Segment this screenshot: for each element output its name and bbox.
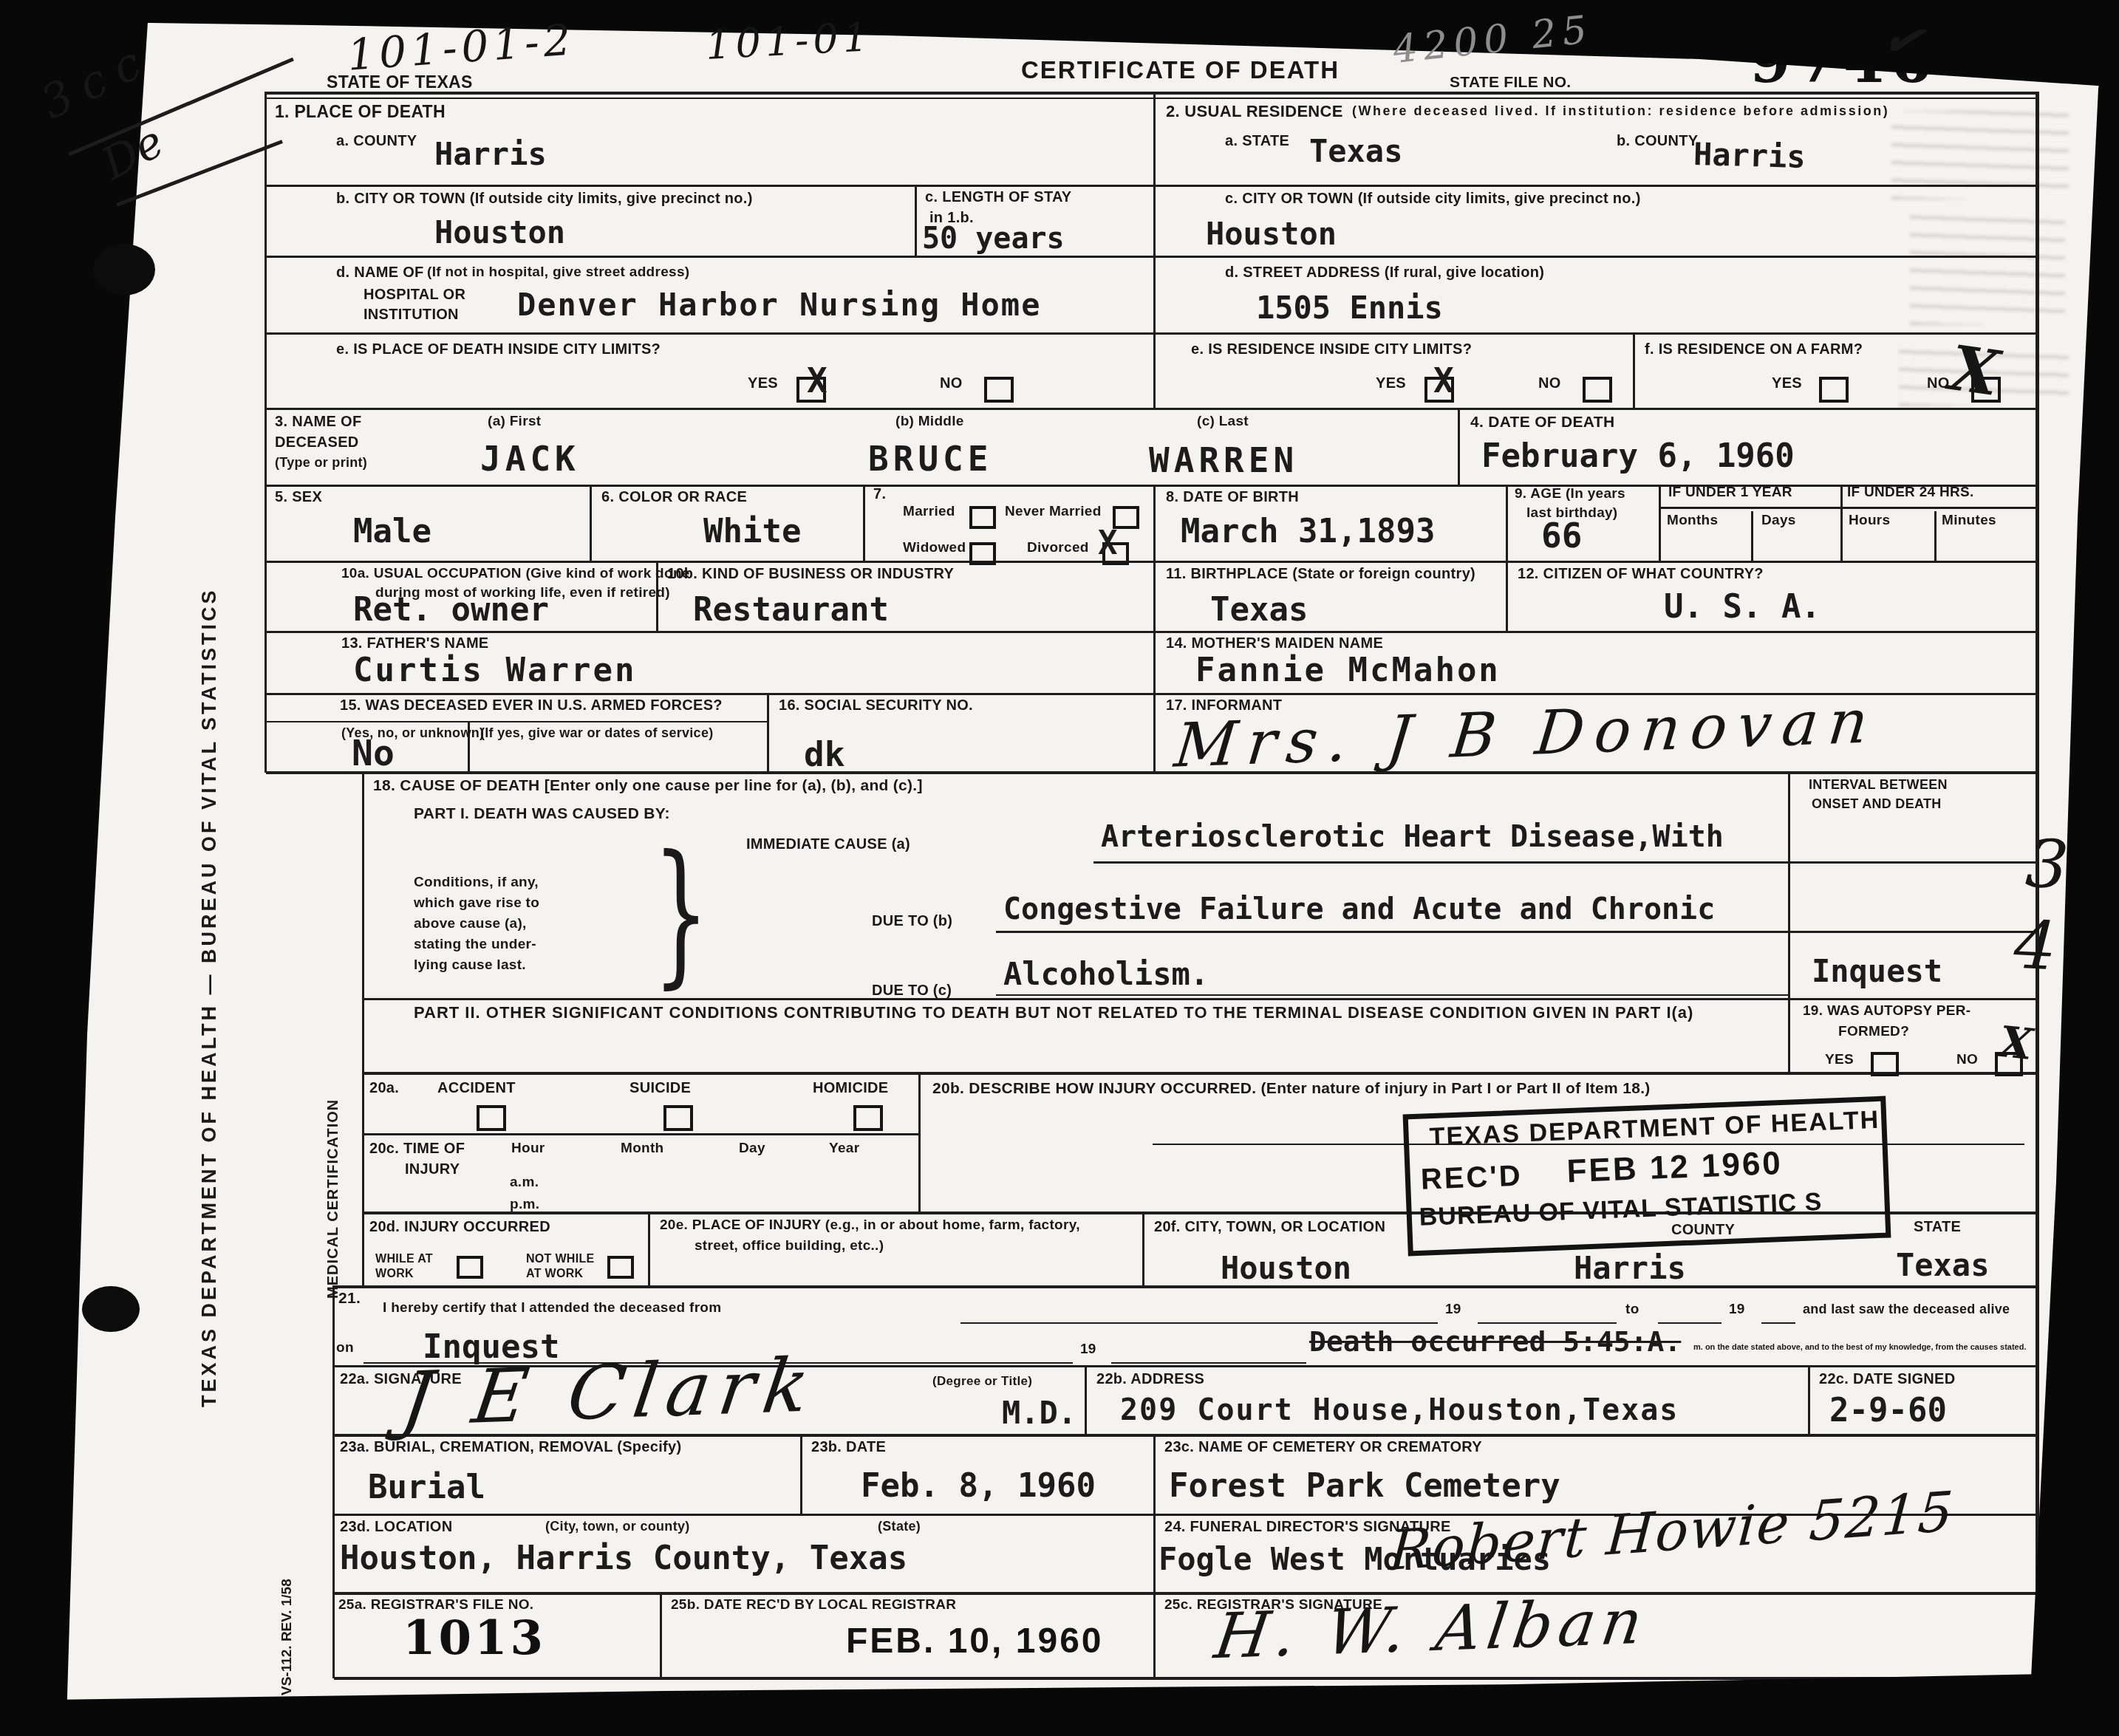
form-grid-line <box>996 994 1789 996</box>
res-street-label: d. STREET ADDRESS (If rural, give locati… <box>1225 264 1544 281</box>
interval-label2: ONSET AND DEATH <box>1812 796 1942 812</box>
injury-state-value: Texas <box>1896 1247 1989 1283</box>
handwritten-code-left: 101-01-2 <box>346 14 577 80</box>
form-grid-line <box>364 998 2037 1000</box>
form-grid-line <box>266 721 768 722</box>
dob-label: 8. DATE OF BIRTH <box>1166 489 1299 506</box>
suicide-label: SUICIDE <box>629 1080 691 1097</box>
date-of-death-value: February 6, 1960 <box>1481 437 1795 475</box>
res-yes-mark: X <box>1433 360 1454 400</box>
residence-label-paren: (Where deceased lived. If institution: r… <box>1352 103 1889 119</box>
cemetery-label: 23c. NAME OF CEMETERY OR CREMATORY <box>1164 1439 1482 1456</box>
year-label: Year <box>829 1141 859 1157</box>
pod-yes-mark: X <box>807 360 828 400</box>
form-grid-line <box>1153 1434 1156 1515</box>
pod-no-checkbox[interactable] <box>984 377 1014 403</box>
registrar-date-label: 25b. DATE REC'D BY LOCAL REGISTRAR <box>671 1597 956 1613</box>
widowed-label: Widowed <box>903 540 966 556</box>
homicide-checkbox[interactable] <box>853 1105 883 1131</box>
label-20c1: 20c. TIME OF <box>369 1141 465 1158</box>
conditions-note-3: above cause (a), <box>414 916 527 932</box>
form-grid-line <box>996 931 2037 933</box>
form-grid-line <box>266 185 2039 187</box>
widowed-checkbox[interactable] <box>969 542 996 565</box>
label-20a: 20a. <box>369 1080 399 1097</box>
physician-signature: J E Clark <box>397 1342 823 1443</box>
injury-county-value: Harris <box>1574 1250 1686 1286</box>
res-limits-label: e. IS RESIDENCE INSIDE CITY LIMITS? <box>1191 341 1472 358</box>
immediate-cause-value: Arteriosclerotic Heart Disease,With <box>1101 820 1724 854</box>
industry-value: Restaurant <box>693 591 889 629</box>
industry-label: 10b. KIND OF BUSINESS OR INDUSTRY <box>667 566 954 583</box>
facility-label: d. NAME OF <box>336 264 424 281</box>
pod-county-label: a. COUNTY <box>336 133 417 150</box>
form-grid-line <box>362 771 364 1287</box>
last-name-value: WARREN <box>1149 440 1298 480</box>
form-grid-line <box>960 1322 1438 1324</box>
minutes-label: Minutes <box>1942 513 1996 529</box>
facility-label3: INSTITUTION <box>364 307 459 324</box>
due-to-c-label: DUE TO (c) <box>872 983 952 999</box>
form-grid-line <box>266 408 2039 410</box>
certificate-title: CERTIFICATE OF DEATH <box>1021 56 1340 84</box>
never-married-label: Never Married <box>1005 504 1102 520</box>
burial-date-label: 23b. DATE <box>811 1439 886 1456</box>
left-margin-vertical-text: TEXAS DEPARTMENT OF HEALTH — BUREAU OF V… <box>198 129 221 1407</box>
accident-label: ACCIDENT <box>437 1080 516 1097</box>
brace-glyph: } <box>653 824 709 1004</box>
certify-tail1: and last saw the deceased alive <box>1803 1302 2010 1317</box>
day-label: Day <box>739 1141 765 1157</box>
form-grid-line <box>800 1434 802 1515</box>
address-label: 22b. ADDRESS <box>1096 1371 1204 1388</box>
pod-city-label: b. CITY OR TOWN (If outside city limits,… <box>336 191 753 208</box>
autopsy-no-label: NO <box>1956 1052 1978 1068</box>
occupation-value: Ret. owner <box>353 591 549 629</box>
days-label: Days <box>1761 513 1796 529</box>
hour-label: Hour <box>511 1141 545 1157</box>
pod-city-value: Houston <box>434 214 565 250</box>
label-20d: 20d. INJURY OCCURRED <box>369 1219 550 1236</box>
conditions-note-2: which gave rise to <box>414 895 539 912</box>
label-20b: 20b. DESCRIBE HOW INJURY OCCURRED. (Ente… <box>932 1080 1651 1098</box>
location-value: Houston, Harris County, Texas <box>340 1539 907 1577</box>
state-file-no-label: STATE FILE NO. <box>1450 74 1571 92</box>
punch-hole <box>82 1286 140 1332</box>
not-while-label: NOT WHILE <box>526 1253 594 1266</box>
form-grid-line <box>334 1677 2037 1680</box>
suicide-checkbox[interactable] <box>663 1105 693 1131</box>
while-at-label: WHILE AT <box>375 1253 433 1266</box>
pod-yes-label: YES <box>748 375 778 392</box>
part2-label: PART II. OTHER SIGNIFICANT CONDITIONS CO… <box>414 1003 1693 1022</box>
facility-value: Denver Harbor Nursing Home <box>517 287 1041 323</box>
location-sub1: (City, town, or county) <box>545 1519 690 1534</box>
interval-label1: INTERVAL BETWEEN <box>1809 777 1948 793</box>
sex-value: Male <box>353 513 431 550</box>
pod-limits-label: e. IS PLACE OF DEATH INSIDE CITY LIMITS? <box>336 341 661 358</box>
margin-number-3: 3 <box>2023 824 2070 905</box>
ssn-value: dk <box>804 734 844 774</box>
at-work-label: AT WORK <box>526 1268 583 1281</box>
bleed-through <box>1910 214 2065 325</box>
cemetery-value: Forest Park Cemetery <box>1169 1467 1560 1505</box>
res-no-label: NO <box>1538 375 1561 392</box>
form-code-vertical: VS-112. REV. 1/58 <box>279 1474 296 1695</box>
pod-county-value: Harris <box>434 136 547 172</box>
form-grid-line <box>334 1285 2037 1288</box>
race-value: White <box>703 513 801 550</box>
under-24-hrs-label: IF UNDER 24 HRS. <box>1847 485 1974 501</box>
form-grid-line <box>1111 1362 1306 1364</box>
location-sub2: (State) <box>878 1519 921 1534</box>
injury-state-label: STATE <box>1914 1219 1961 1236</box>
pod-no-label: NO <box>940 375 963 392</box>
registrar-file-value: 1013 <box>403 1610 546 1666</box>
margin-number-4: 4 <box>2012 906 2058 986</box>
registrar-signature: H. W. Alban <box>1210 1585 1653 1673</box>
form-grid-line <box>1153 485 1156 773</box>
autopsy-yes-label: YES <box>1825 1052 1854 1068</box>
medical-certification-vertical: MEDICAL CERTIFICATION <box>325 1003 342 1299</box>
farm-label: f. IS RESIDENCE ON A FARM? <box>1645 341 1863 358</box>
form-grid-line <box>1808 1365 1810 1435</box>
label-20e1: 20e. PLACE OF INJURY (e.g., in or about … <box>660 1217 1080 1234</box>
certify-to: to <box>1625 1302 1639 1318</box>
age-value: 66 <box>1541 516 1582 556</box>
form-grid-line <box>1840 485 1843 562</box>
certify-tail2: m. on the date stated above, and to the … <box>1693 1343 2026 1352</box>
months-label: Months <box>1667 513 1718 529</box>
place-of-death-label: 1. PLACE OF DEATH <box>275 102 446 122</box>
date-signed-label: 22c. DATE SIGNED <box>1819 1371 1955 1388</box>
form-grid-line <box>266 98 2039 99</box>
res-state-value: Texas <box>1309 133 1402 169</box>
mother-value: Fannie McMahon <box>1195 652 1501 689</box>
father-label: 13. FATHER'S NAME <box>341 635 489 652</box>
form-grid-line <box>1934 511 1937 562</box>
form-grid-line <box>266 561 2039 563</box>
farm-yes-checkbox[interactable] <box>1819 377 1849 403</box>
form-grid-line <box>1153 1592 1156 1678</box>
form-grid-line <box>364 1072 2037 1075</box>
form-grid-line <box>918 1072 921 1213</box>
married-label: Married <box>903 504 955 520</box>
form-grid-line <box>332 1285 335 1678</box>
death-certificate-scan: 101-01-2 101-01 STATE OF TEXAS CERTIFICA… <box>0 0 2119 1736</box>
certify-19b: 19 <box>1729 1302 1745 1318</box>
form-grid-line <box>266 631 2039 633</box>
degree-value: M.D. <box>1002 1395 1076 1431</box>
ssn-label: 16. SOCIAL SECURITY NO. <box>779 697 973 714</box>
form-grid-line <box>1153 92 1156 409</box>
middle-name-value: BRUCE <box>868 439 992 479</box>
accident-checkbox[interactable] <box>477 1105 506 1131</box>
form-grid-line <box>266 332 2039 335</box>
injury-city-value: Houston <box>1221 1250 1351 1286</box>
form-grid-line <box>1633 332 1635 409</box>
while-at-work-checkbox[interactable] <box>457 1256 483 1279</box>
form-grid-line <box>1506 485 1508 562</box>
work-label: WORK <box>375 1268 414 1281</box>
certify-19c: 19 <box>1080 1342 1096 1358</box>
burial-label: 23a. BURIAL, CREMATION, REMOVAL (Specify… <box>340 1439 681 1456</box>
conditions-note-4: stating the under- <box>414 937 536 953</box>
label-21: 21. <box>338 1290 361 1308</box>
certify-text: I hereby certify that I attended the dec… <box>383 1300 721 1316</box>
res-city-value: Houston <box>1206 216 1337 252</box>
form-grid-line <box>1142 1212 1144 1287</box>
marital-label: 7. <box>873 486 886 503</box>
form-grid-line <box>1085 1365 1087 1435</box>
dob-value: March 31,1893 <box>1181 513 1435 550</box>
form-grid-line <box>660 1592 662 1678</box>
last-name-label: (c) Last <box>1197 414 1249 430</box>
form-grid-line <box>364 1133 920 1135</box>
punch-hole <box>93 244 155 295</box>
homicide-label: HOMICIDE <box>813 1080 888 1097</box>
birthplace-label: 11. BIRTHPLACE (State or foreign country… <box>1166 566 1475 583</box>
form-grid-line <box>266 256 2039 258</box>
form-grid-line <box>590 485 592 562</box>
not-while-at-work-checkbox[interactable] <box>607 1256 634 1279</box>
certify-struck-value: Death occurred 5:45:A. <box>1309 1325 1681 1358</box>
under-1-year-label: IF UNDER 1 YEAR <box>1668 485 1792 501</box>
res-street-value: 1505 Ennis <box>1256 290 1443 326</box>
received-stamp: TEXAS DEPARTMENT OF HEALTH REC'D FEB 12 … <box>1403 1096 1891 1257</box>
cause-of-death-label: 18. CAUSE OF DEATH [Enter only one cause… <box>373 777 923 795</box>
degree-label: (Degree or Title) <box>932 1374 1032 1389</box>
date-signed-value: 2-9-60 <box>1829 1392 1947 1429</box>
form-grid-line <box>1478 1322 1617 1324</box>
form-grid-line <box>1458 408 1460 486</box>
armed-forces-label: 15. WAS DECEASED EVER IN U.S. ARMED FORC… <box>340 697 723 714</box>
immediate-cause-label: IMMEDIATE CAUSE (a) <box>746 836 910 853</box>
res-no-checkbox[interactable] <box>1583 377 1612 403</box>
citizen-label: 12. CITIZEN OF WHAT COUNTRY? <box>1518 566 1764 583</box>
form-grid-line <box>1658 1322 1722 1324</box>
father-value: Curtis Warren <box>353 652 636 689</box>
form-grid-line <box>265 92 267 773</box>
conditions-note-5: lying cause last. <box>414 957 526 974</box>
name-of-deceased-label3: (Type or print) <box>275 455 367 471</box>
form-grid-line <box>648 1212 650 1287</box>
form-grid-line <box>1660 507 2037 509</box>
date-of-death-label: 4. DATE OF DEATH <box>1470 414 1614 431</box>
handwritten-code-mid: 101-01 <box>705 13 874 69</box>
interval-inquest-value: Inquest <box>1812 953 1942 989</box>
form-grid-line <box>863 485 865 562</box>
due-to-b-value: Congestive Failure and Acute and Chronic <box>1003 892 1715 926</box>
facility-label-paren: (If not in hospital, give street address… <box>427 264 689 281</box>
middle-name-label: (b) Middle <box>895 414 964 430</box>
facility-label2: HOSPITAL OR <box>364 287 465 304</box>
month-label: Month <box>621 1141 663 1157</box>
stamp-line1: TEXAS DEPARTMENT OF HEALTH <box>1429 1106 1880 1152</box>
mother-label: 14. MOTHER'S MAIDEN NAME <box>1166 635 1383 652</box>
pm-label: p.m. <box>510 1197 539 1213</box>
age-label1: 9. AGE (In years <box>1515 486 1625 502</box>
res-yes-label: YES <box>1376 375 1406 392</box>
form-grid-line <box>1751 511 1753 562</box>
occupation-label1: 10a. USUAL OCCUPATION (Give kind of work… <box>341 566 690 582</box>
res-city-label: c. CITY OR TOWN (If outside city limits,… <box>1225 191 1641 208</box>
am-label: a.m. <box>510 1175 539 1191</box>
farm-yes-label: YES <box>1772 375 1802 392</box>
corner-note: 3cc <box>33 30 160 129</box>
part1-label: PART I. DEATH WAS CAUSED BY: <box>414 805 670 823</box>
farm-no-mark: X <box>1945 331 2003 410</box>
form-grid-line <box>1153 1514 1156 1593</box>
stamp-line3: BUREAU OF VITAL STATISTIC S <box>1419 1188 1823 1232</box>
autopsy-no-mark: X <box>1997 1016 2036 1070</box>
hours-label: Hours <box>1849 513 1890 529</box>
due-to-b-label: DUE TO (b) <box>872 913 952 930</box>
form-grid-line <box>1659 485 1661 562</box>
certify-on: on <box>336 1340 354 1356</box>
label-20f: 20f. CITY, TOWN, OR LOCATION <box>1154 1219 1385 1236</box>
form-grid-line <box>1506 561 1508 632</box>
registrar-date-value: FEB. 10, 1960 <box>846 1621 1104 1661</box>
birthplace-value: Texas <box>1210 591 1308 629</box>
length-of-stay-value: 50 years <box>922 222 1065 256</box>
divorced-label: Divorced <box>1027 540 1089 556</box>
farm-no-label: NO <box>1927 375 1950 392</box>
sex-label: 5. SEX <box>275 489 322 506</box>
due-to-c-value: Alcoholism. <box>1003 956 1209 992</box>
address-value: 209 Court House,Houston,Texas <box>1120 1393 1679 1427</box>
divorced-mark: X <box>1098 524 1118 562</box>
certify-19a: 19 <box>1445 1302 1461 1318</box>
length-of-stay-label: c. LENGTH OF STAY <box>925 189 1071 206</box>
burial-value: Burial <box>368 1469 485 1506</box>
location-label: 23d. LOCATION <box>340 1519 452 1536</box>
res-state-label: a. STATE <box>1225 133 1289 150</box>
form-grid-line <box>334 1592 2037 1595</box>
citizen-value: U. S. A. <box>1664 588 1821 626</box>
autopsy-label1: 19. WAS AUTOPSY PER- <box>1803 1003 1970 1019</box>
res-county-label: b. COUNTY <box>1617 133 1698 150</box>
form-grid-line <box>1788 771 1790 1073</box>
form-grid-line <box>767 693 769 773</box>
corner-note-2: De <box>93 115 172 190</box>
burial-date-value: Feb. 8, 1960 <box>861 1467 1096 1505</box>
label-20e2: street, office building, etc..) <box>695 1238 884 1254</box>
married-checkbox[interactable] <box>969 506 996 529</box>
form-grid-line <box>1761 1322 1795 1324</box>
armed-forces-sub2: (If yes, give war or dates of service) <box>480 725 714 741</box>
autopsy-yes-checkbox[interactable] <box>1871 1052 1899 1076</box>
autopsy-label2: FORMED? <box>1838 1024 1909 1040</box>
conditions-note-1: Conditions, if any, <box>414 875 539 891</box>
name-of-deceased-label1: 3. NAME OF <box>275 414 361 431</box>
armed-forces-value: No <box>352 733 395 774</box>
race-label: 6. COLOR OR RACE <box>601 489 747 506</box>
stamp-line2a: REC'D <box>1420 1159 1523 1196</box>
residence-label: 2. USUAL RESIDENCE <box>1166 102 1343 121</box>
form-grid-line <box>1093 861 2037 864</box>
name-of-deceased-label2: DECEASED <box>275 434 359 451</box>
handwritten-code-right: 4200 25 <box>1391 7 1595 72</box>
first-name-label: (a) First <box>488 414 541 430</box>
label-20c2: INJURY <box>405 1161 460 1178</box>
first-name-value: JACK <box>480 439 580 479</box>
form-grid-line <box>915 185 917 257</box>
stamp-line2b: FEB 12 1960 <box>1566 1145 1784 1190</box>
res-county-value: Harris <box>1693 136 1806 175</box>
form-grid-line <box>266 771 2039 774</box>
